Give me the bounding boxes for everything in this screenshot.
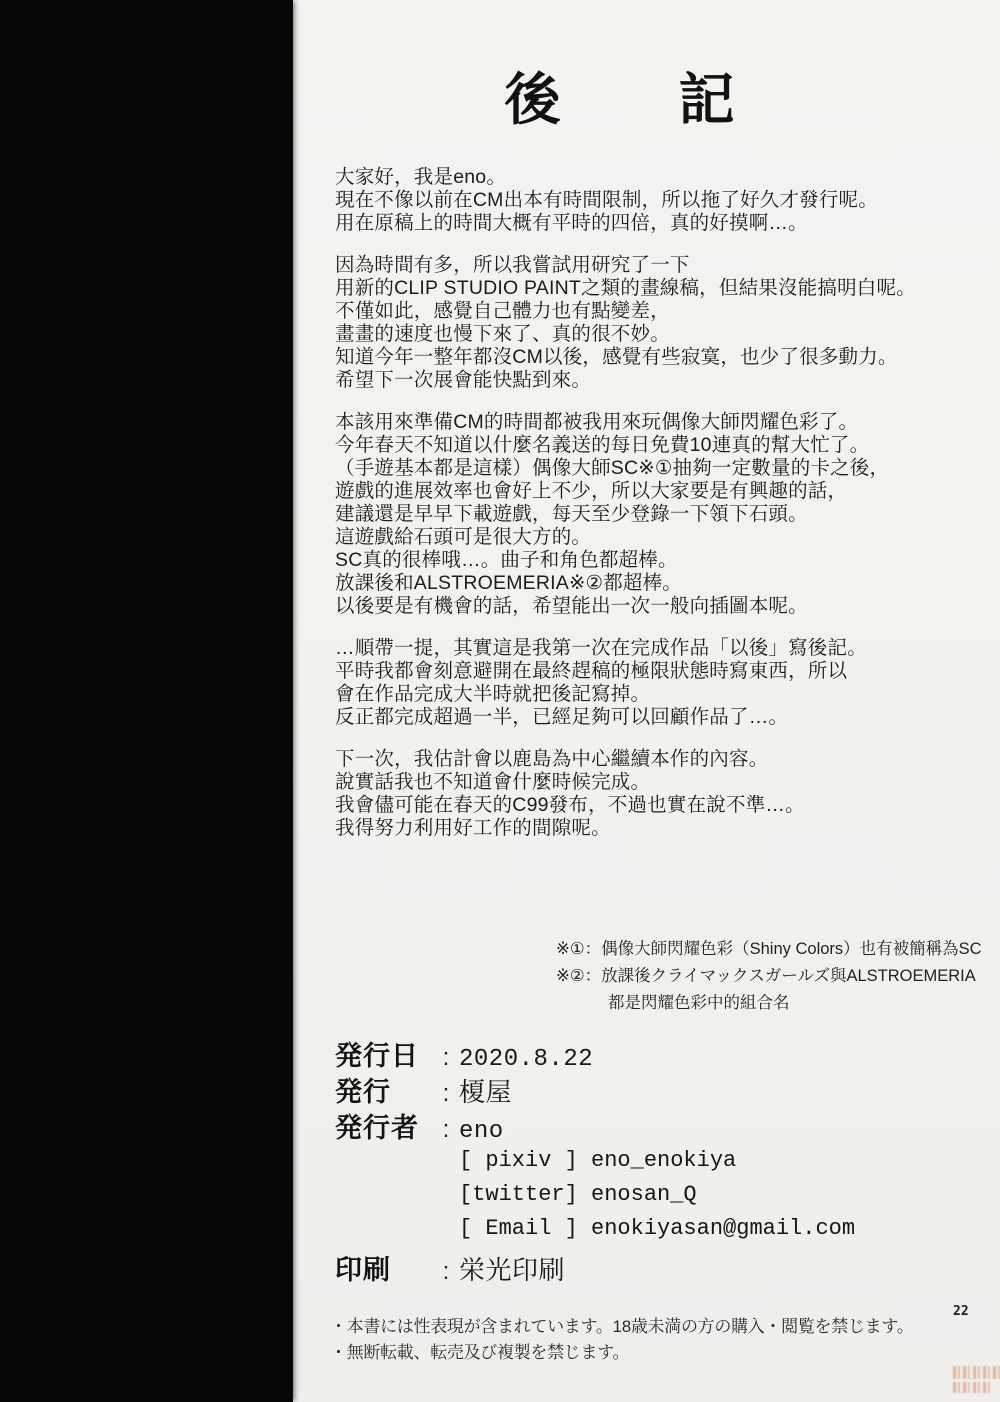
body-line: 大家好，我是eno。 bbox=[335, 166, 985, 189]
contact-list: [ pixiv ] eno_enokiya [twitter] enosan_Q… bbox=[459, 1144, 955, 1246]
body-line: 平時我都會刻意避開在最終趕稿的極限狀態時寫東西，所以 bbox=[335, 660, 985, 683]
watermark-row bbox=[953, 1382, 993, 1393]
body-line: 放課後和ALSTROEMERIA※②都超棒。 bbox=[335, 572, 985, 595]
body-line: 會在作品完成大半時就把後記寫掉。 bbox=[335, 683, 985, 706]
body-line: 下一次，我估計會以鹿島為中心繼續本作的內容。 bbox=[335, 748, 985, 771]
publisher-label: 発行 bbox=[335, 1070, 433, 1109]
colophon-row-publisher: 発行 : 榎屋 bbox=[335, 1070, 955, 1106]
body-line: SC真的很棒哦…。曲子和角色都超棒。 bbox=[335, 549, 985, 572]
footer-notice-age-restriction: ・本書には性表現が含まれています。18歳未満の方の購入・閲覧を禁じます。 bbox=[330, 1314, 913, 1340]
body-line: 知道今年一整年都沒CM以後，感覺有些寂寞，也少了很多動力。 bbox=[335, 346, 985, 369]
page-number: 22 bbox=[953, 1304, 969, 1319]
body-line: …順帶一提，其實這是我第一次在完成作品「以後」寫後記。 bbox=[335, 637, 985, 660]
body-line: 我會儘可能在春天的C99發布，不過也實在說不準…。 bbox=[335, 794, 985, 817]
body-line: 以後要是有機會的話，希望能出一次一般向插圖本呢。 bbox=[335, 595, 985, 618]
publish-date-value: 2020.8.22 bbox=[459, 1046, 593, 1073]
body-line: 今年春天不知道以什麼名義送的每日免費10連真的幫大忙了。 bbox=[335, 434, 985, 457]
footnote-line: ※①：偶像大師閃耀色彩（Shiny Colors）也有被簡稱為SC bbox=[556, 936, 982, 963]
publisher-value: 榎屋 bbox=[459, 1072, 512, 1109]
body-line: 希望下一次展會能快點到來。 bbox=[335, 369, 985, 392]
printer-value: 栄光印刷 bbox=[459, 1250, 565, 1287]
body-line: 畫畫的速度也慢下來了、真的很不妙。 bbox=[335, 323, 985, 346]
printer-label: 印刷 bbox=[335, 1248, 433, 1287]
body-paragraph: 因為時間有多，所以我嘗試用研究了一下 用新的CLIP STUDIO PAINT之… bbox=[335, 254, 985, 392]
footer-notice-no-reproduction: ・無断転載、転売及び複製を禁じます。 bbox=[330, 1340, 913, 1366]
body-line: 用在原稿上的時間大概有平時的四倍，真的好摸啊…。 bbox=[335, 212, 985, 235]
colophon-row-publish-date: 発行日 : 2020.8.22 bbox=[335, 1034, 955, 1070]
author-label: 発行者 bbox=[335, 1106, 433, 1145]
footnotes-block: ※①：偶像大師閃耀色彩（Shiny Colors）也有被簡稱為SC ※②：放課後… bbox=[556, 936, 982, 1017]
body-line: 這遊戲給石頭可是很大方的。 bbox=[335, 526, 985, 549]
colophon-colon: : bbox=[433, 1044, 459, 1072]
body-paragraph: 本該用來準備CM的時間都被我用來玩偶像大師閃耀色彩了。 今年春天不知道以什麼名義… bbox=[335, 411, 985, 618]
colophon-colon: : bbox=[433, 1258, 459, 1286]
body-line: 用新的CLIP STUDIO PAINT之類的畫線稿，但結果沒能搞明白呢。 bbox=[335, 277, 985, 300]
afterword-body: 大家好，我是eno。 現在不像以前在CM出本有時間限制，所以拖了好久才發行呢。 … bbox=[335, 166, 985, 859]
body-line: 遊戲的進展效率也會好上不少，所以大家要是有興趣的話， bbox=[335, 480, 985, 503]
colophon-colon: : bbox=[433, 1080, 459, 1108]
page-left-black-gutter bbox=[0, 0, 293, 1402]
footnote-line: 都是閃耀色彩中的組合名 bbox=[556, 990, 982, 1017]
author-value: eno bbox=[459, 1118, 504, 1145]
body-line: 我得努力利用好工作的間隙呢。 bbox=[335, 817, 985, 840]
body-line: 建議還是早早下載遊戲，每天至少登錄一下領下石頭。 bbox=[335, 503, 985, 526]
watermark-row bbox=[953, 1366, 1000, 1379]
colophon-row-printer: 印刷 : 栄光印刷 bbox=[335, 1248, 955, 1284]
scanned-page: 後 記 大家好，我是eno。 現在不像以前在CM出本有時間限制，所以拖了好久才發… bbox=[0, 0, 1000, 1402]
body-line: 現在不像以前在CM出本有時間限制，所以拖了好久才發行呢。 bbox=[335, 189, 985, 212]
colophon-colon: : bbox=[433, 1116, 459, 1144]
colophon-block: 発行日 : 2020.8.22 発行 : 榎屋 発行者 : eno [ pixi… bbox=[335, 1034, 955, 1284]
body-line: 不僅如此，感覺自己體力也有點變差， bbox=[335, 300, 985, 323]
scanlation-watermark bbox=[953, 1366, 1000, 1400]
colophon-row-author: 発行者 : eno bbox=[335, 1106, 955, 1142]
body-line: （手遊基本都是這樣）偶像大師SC※①抽夠一定數量的卡之後， bbox=[335, 457, 985, 480]
publish-date-label: 発行日 bbox=[335, 1034, 433, 1073]
contact-email: [ Email ] enokiyasan@gmail.com bbox=[459, 1212, 955, 1246]
contact-pixiv: [ pixiv ] eno_enokiya bbox=[459, 1144, 955, 1178]
body-line: 反正都完成超過一半，已經足夠可以回顧作品了…。 bbox=[335, 706, 985, 729]
footer-notices: ・本書には性表現が含まれています。18歳未満の方の購入・閲覧を禁じます。 ・無断… bbox=[330, 1314, 913, 1366]
body-line: 因為時間有多，所以我嘗試用研究了一下 bbox=[335, 254, 985, 277]
body-paragraph: …順帶一提，其實這是我第一次在完成作品「以後」寫後記。 平時我都會刻意避開在最終… bbox=[335, 637, 985, 729]
body-line: 本該用來準備CM的時間都被我用來玩偶像大師閃耀色彩了。 bbox=[335, 411, 985, 434]
footnote-line: ※②：放課後クライマックスガールズ與ALSTROEMERIA bbox=[556, 963, 982, 990]
body-line: 說實話我也不知道會什麼時候完成。 bbox=[335, 771, 985, 794]
body-paragraph: 大家好，我是eno。 現在不像以前在CM出本有時間限制，所以拖了好久才發行呢。 … bbox=[335, 166, 985, 235]
afterword-title: 後 記 bbox=[267, 56, 974, 136]
body-paragraph: 下一次，我估計會以鹿島為中心繼續本作的內容。 說實話我也不知道會什麼時候完成。 … bbox=[335, 748, 985, 840]
contact-twitter: [twitter] enosan_Q bbox=[459, 1178, 955, 1212]
